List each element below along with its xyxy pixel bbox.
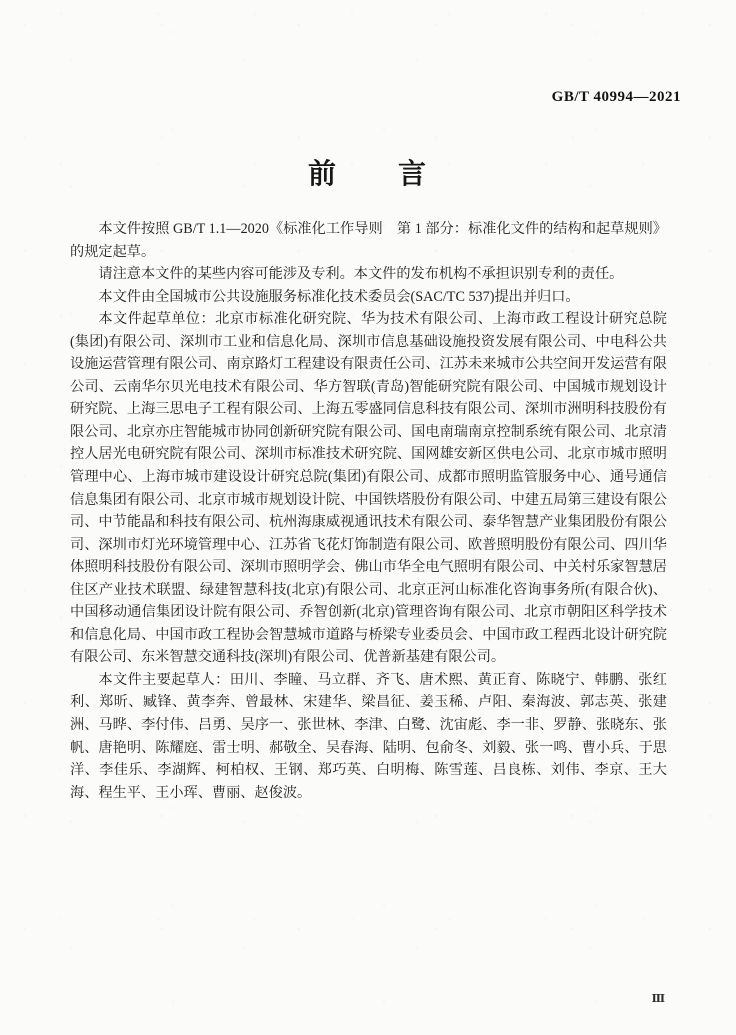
standard-number: GB/T 40994—2021 bbox=[552, 89, 681, 105]
foreword-paragraph-patent-notice: 请注意本文件的某些内容可能涉及专利。本文件的发布机构不承担识别专利的责任。 bbox=[70, 263, 667, 286]
page-title: 前 言 bbox=[0, 152, 736, 192]
foreword-paragraph-drafters: 本文件主要起草人：田川、李瞳、马立群、齐飞、唐术熙、黄正育、陈晓宁、韩鹏、张红利… bbox=[70, 669, 667, 804]
foreword-paragraph-drafting-rules: 本文件按照 GB/T 1.1—2020《标准化工作导则 第 1 部分：标准化文件… bbox=[70, 218, 667, 263]
foreword-paragraph-committee: 本文件由全国城市公共设施服务标准化技术委员会(SAC/TC 537)提出并归口。 bbox=[70, 286, 667, 309]
document-page: GB/T 40994—2021 前 言 本文件按照 GB/T 1.1—2020《… bbox=[0, 0, 736, 1035]
foreword-body: 本文件按照 GB/T 1.1—2020《标准化工作导则 第 1 部分：标准化文件… bbox=[70, 218, 667, 804]
foreword-paragraph-drafting-organizations: 本文件起草单位：北京市标准化研究院、华为技术有限公司、上海市政工程设计研究总院(… bbox=[70, 308, 667, 669]
page-header: GB/T 40994—2021 bbox=[70, 88, 681, 106]
page-number: Ⅲ bbox=[652, 992, 666, 1005]
